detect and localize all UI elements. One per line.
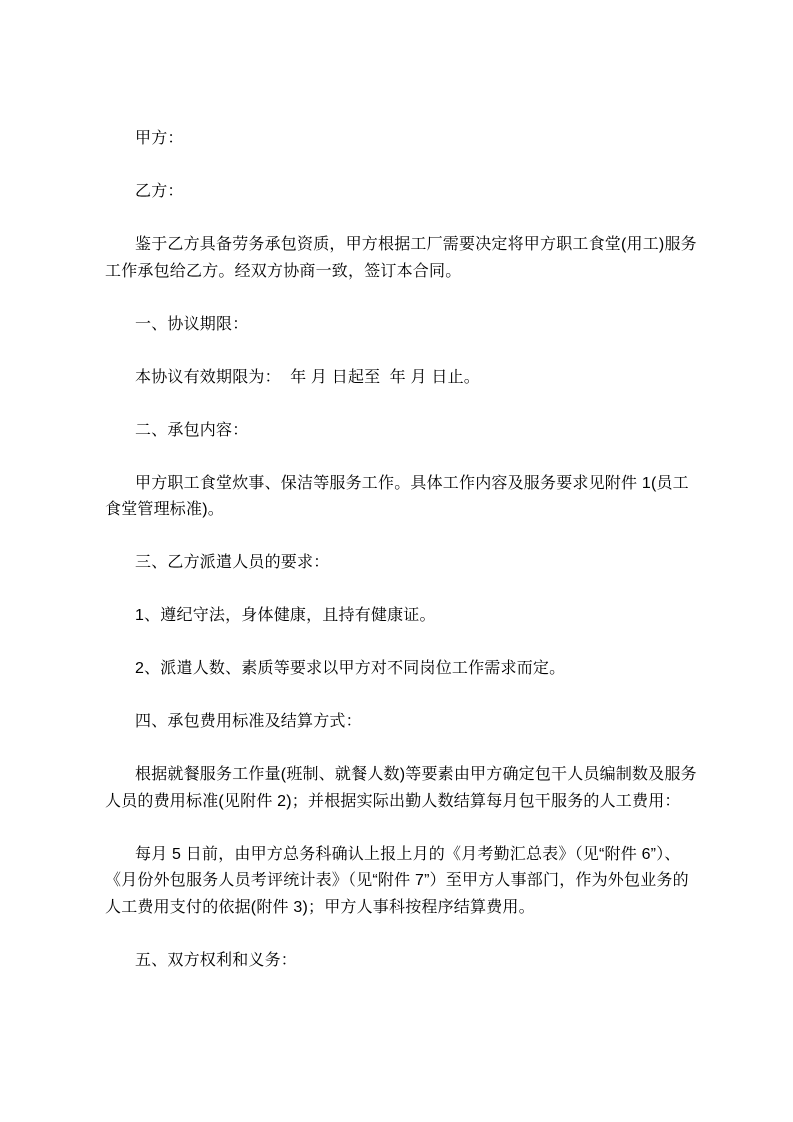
- section-2-content: 甲方职工食堂炊事、保洁等服务工作。具体工作内容及服务要求见附件 1(员工 食堂管…: [105, 471, 765, 524]
- section-1-heading: 一、协议期限：: [105, 312, 765, 339]
- section-3-item-1: 1、遵纪守法，身体健康，且持有健康证。: [105, 603, 765, 630]
- contract-text-block: 甲方： 乙方： 鉴于乙方具备劳务承包资质，甲方根据工厂需要决定将甲方职工食堂(用…: [105, 126, 765, 1001]
- section-3-heading: 三、乙方派遣人员的要求：: [105, 550, 765, 577]
- section-4-heading: 四、承包费用标准及结算方式：: [105, 709, 765, 736]
- section-5-heading: 五、双方权利和义务：: [105, 948, 765, 975]
- preamble: 鉴于乙方具备劳务承包资质，甲方根据工厂需要决定将甲方职工食堂(用工)服务 工作承…: [105, 232, 765, 285]
- section-1-term-line: 本协议有效期限为： 年 月 日起至 年 月 日止。: [105, 365, 765, 392]
- section-4-content-1: 根据就餐服务工作量(班制、就餐人数)等要素由甲方确定包干人员编制数及服务 人员的…: [105, 762, 765, 815]
- party-a-line: 甲方：: [105, 126, 765, 153]
- document-page: 甲方： 乙方： 鉴于乙方具备劳务承包资质，甲方根据工厂需要决定将甲方职工食堂(用…: [0, 0, 793, 1122]
- section-3-item-2: 2、派遣人数、素质等要求以甲方对不同岗位工作需求而定。: [105, 656, 765, 683]
- section-4-content-2: 每月 5 日前，由甲方总务科确认上报上月的《月考勤汇总表》（见“附件 6”）、 …: [105, 842, 765, 922]
- party-b-line: 乙方：: [105, 179, 765, 206]
- section-2-heading: 二、承包内容：: [105, 418, 765, 445]
